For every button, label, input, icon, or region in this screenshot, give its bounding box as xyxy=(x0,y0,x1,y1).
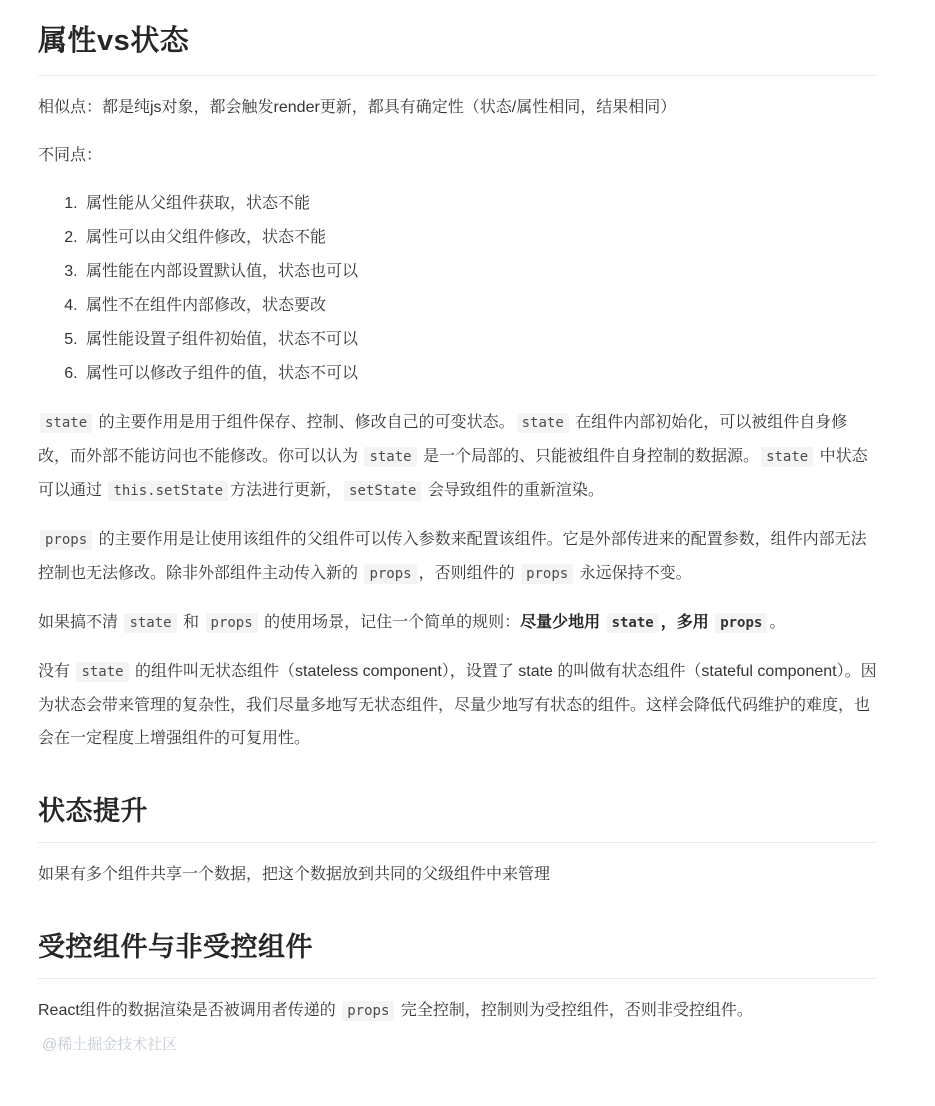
heading-state-lifting: 状态提升 xyxy=(38,785,877,843)
paragraph-state: state 的主要作用是用于组件保存、控制、修改自己的可变状态。state 在组… xyxy=(38,406,877,508)
watermark-text: @稀土掘金技术社区 xyxy=(38,1036,177,1053)
bold-text: ，多用 xyxy=(661,614,713,631)
inline-code: setState xyxy=(344,481,421,501)
paragraph-rule: 如果搞不清 state 和 props 的使用场景，记住一个简单的规则：尽量少地… xyxy=(38,606,877,640)
paragraph-similarities: 相似点：都是纯js对象，都会触发render更新，都具有确定性（状态/属性相同，… xyxy=(38,91,877,124)
inline-code: props xyxy=(206,613,258,633)
inline-code: state xyxy=(124,613,176,633)
paragraph-state-lifting: 如果有多个组件共享一个数据，把这个数据放到共同的父级组件中来管理 xyxy=(38,858,877,891)
list-item: 属性能设置子组件初始值，状态不可以 xyxy=(82,323,877,357)
paragraph-controlled-components: React组件的数据渲染是否被调用者传递的 props 完全控制，控制则为受控组… xyxy=(38,994,877,1061)
text-span: 会导致组件的重新渲染。 xyxy=(423,482,603,499)
heading-props-vs-state: 属性vs状态 xyxy=(38,10,877,76)
paragraph-props: props 的主要作用是让使用该组件的父组件可以传入参数来配置该组件。它是外部传… xyxy=(38,523,877,591)
inline-code: state xyxy=(761,447,813,467)
inline-code: state xyxy=(517,413,569,433)
list-item: 属性可以由父组件修改，状态不能 xyxy=(82,221,877,255)
text-span: 和 xyxy=(179,614,204,631)
inline-code: this.setState xyxy=(108,481,228,501)
article: 属性vs状态 相似点：都是纯js对象，都会触发render更新，都具有确定性（状… xyxy=(0,0,935,1106)
differences-list: 属性能从父组件获取，状态不能 属性可以由父组件修改，状态不能 属性能在内部设置默… xyxy=(38,187,877,391)
inline-code: props xyxy=(364,564,416,584)
text-span: 是一个局部的、只能被组件自身控制的数据源。 xyxy=(419,448,759,465)
text-span: 如果搞不清 xyxy=(38,614,122,631)
inline-code: props xyxy=(40,530,92,550)
list-item: 属性可以修改子组件的值，状态不可以 xyxy=(82,357,877,391)
inline-code: state xyxy=(40,413,92,433)
text-span: 的主要作用是用于组件保存、控制、修改自己的可变状态。 xyxy=(94,414,514,431)
text-span: 。 xyxy=(769,614,785,631)
text-span: 的使用场景，记住一个简单的规则： xyxy=(260,614,520,631)
text-span: React组件的数据渲染是否被调用者传递的 xyxy=(38,1002,340,1019)
text-span: 的组件叫无状态组件（stateless component），设置了 state… xyxy=(38,663,877,747)
text-span: 方法进行更新， xyxy=(230,482,342,499)
inline-code: state xyxy=(76,662,128,682)
text-span: 永远保持不变。 xyxy=(575,565,691,582)
inline-code: props xyxy=(715,613,767,633)
list-item: 属性能从父组件获取，状态不能 xyxy=(82,187,877,221)
paragraph-differences-label: 不同点： xyxy=(38,139,877,172)
heading-controlled-components: 受控组件与非受控组件 xyxy=(38,921,877,979)
paragraph-stateless: 没有 state 的组件叫无状态组件（stateless component），… xyxy=(38,655,877,755)
text-span: 完全控制，控制则为受控组件，否则非受控组件。 xyxy=(396,1002,752,1019)
text-span: 没有 xyxy=(38,663,74,680)
inline-code: state xyxy=(364,447,416,467)
inline-code: props xyxy=(521,564,573,584)
inline-code: state xyxy=(607,613,659,633)
bold-text: 尽量少地用 xyxy=(520,614,604,631)
list-item: 属性能在内部设置默认值，状态也可以 xyxy=(82,255,877,289)
inline-code: props xyxy=(342,1001,394,1021)
list-item: 属性不在组件内部修改，状态要改 xyxy=(82,289,877,323)
text-span: ，否则组件的 xyxy=(419,565,519,582)
